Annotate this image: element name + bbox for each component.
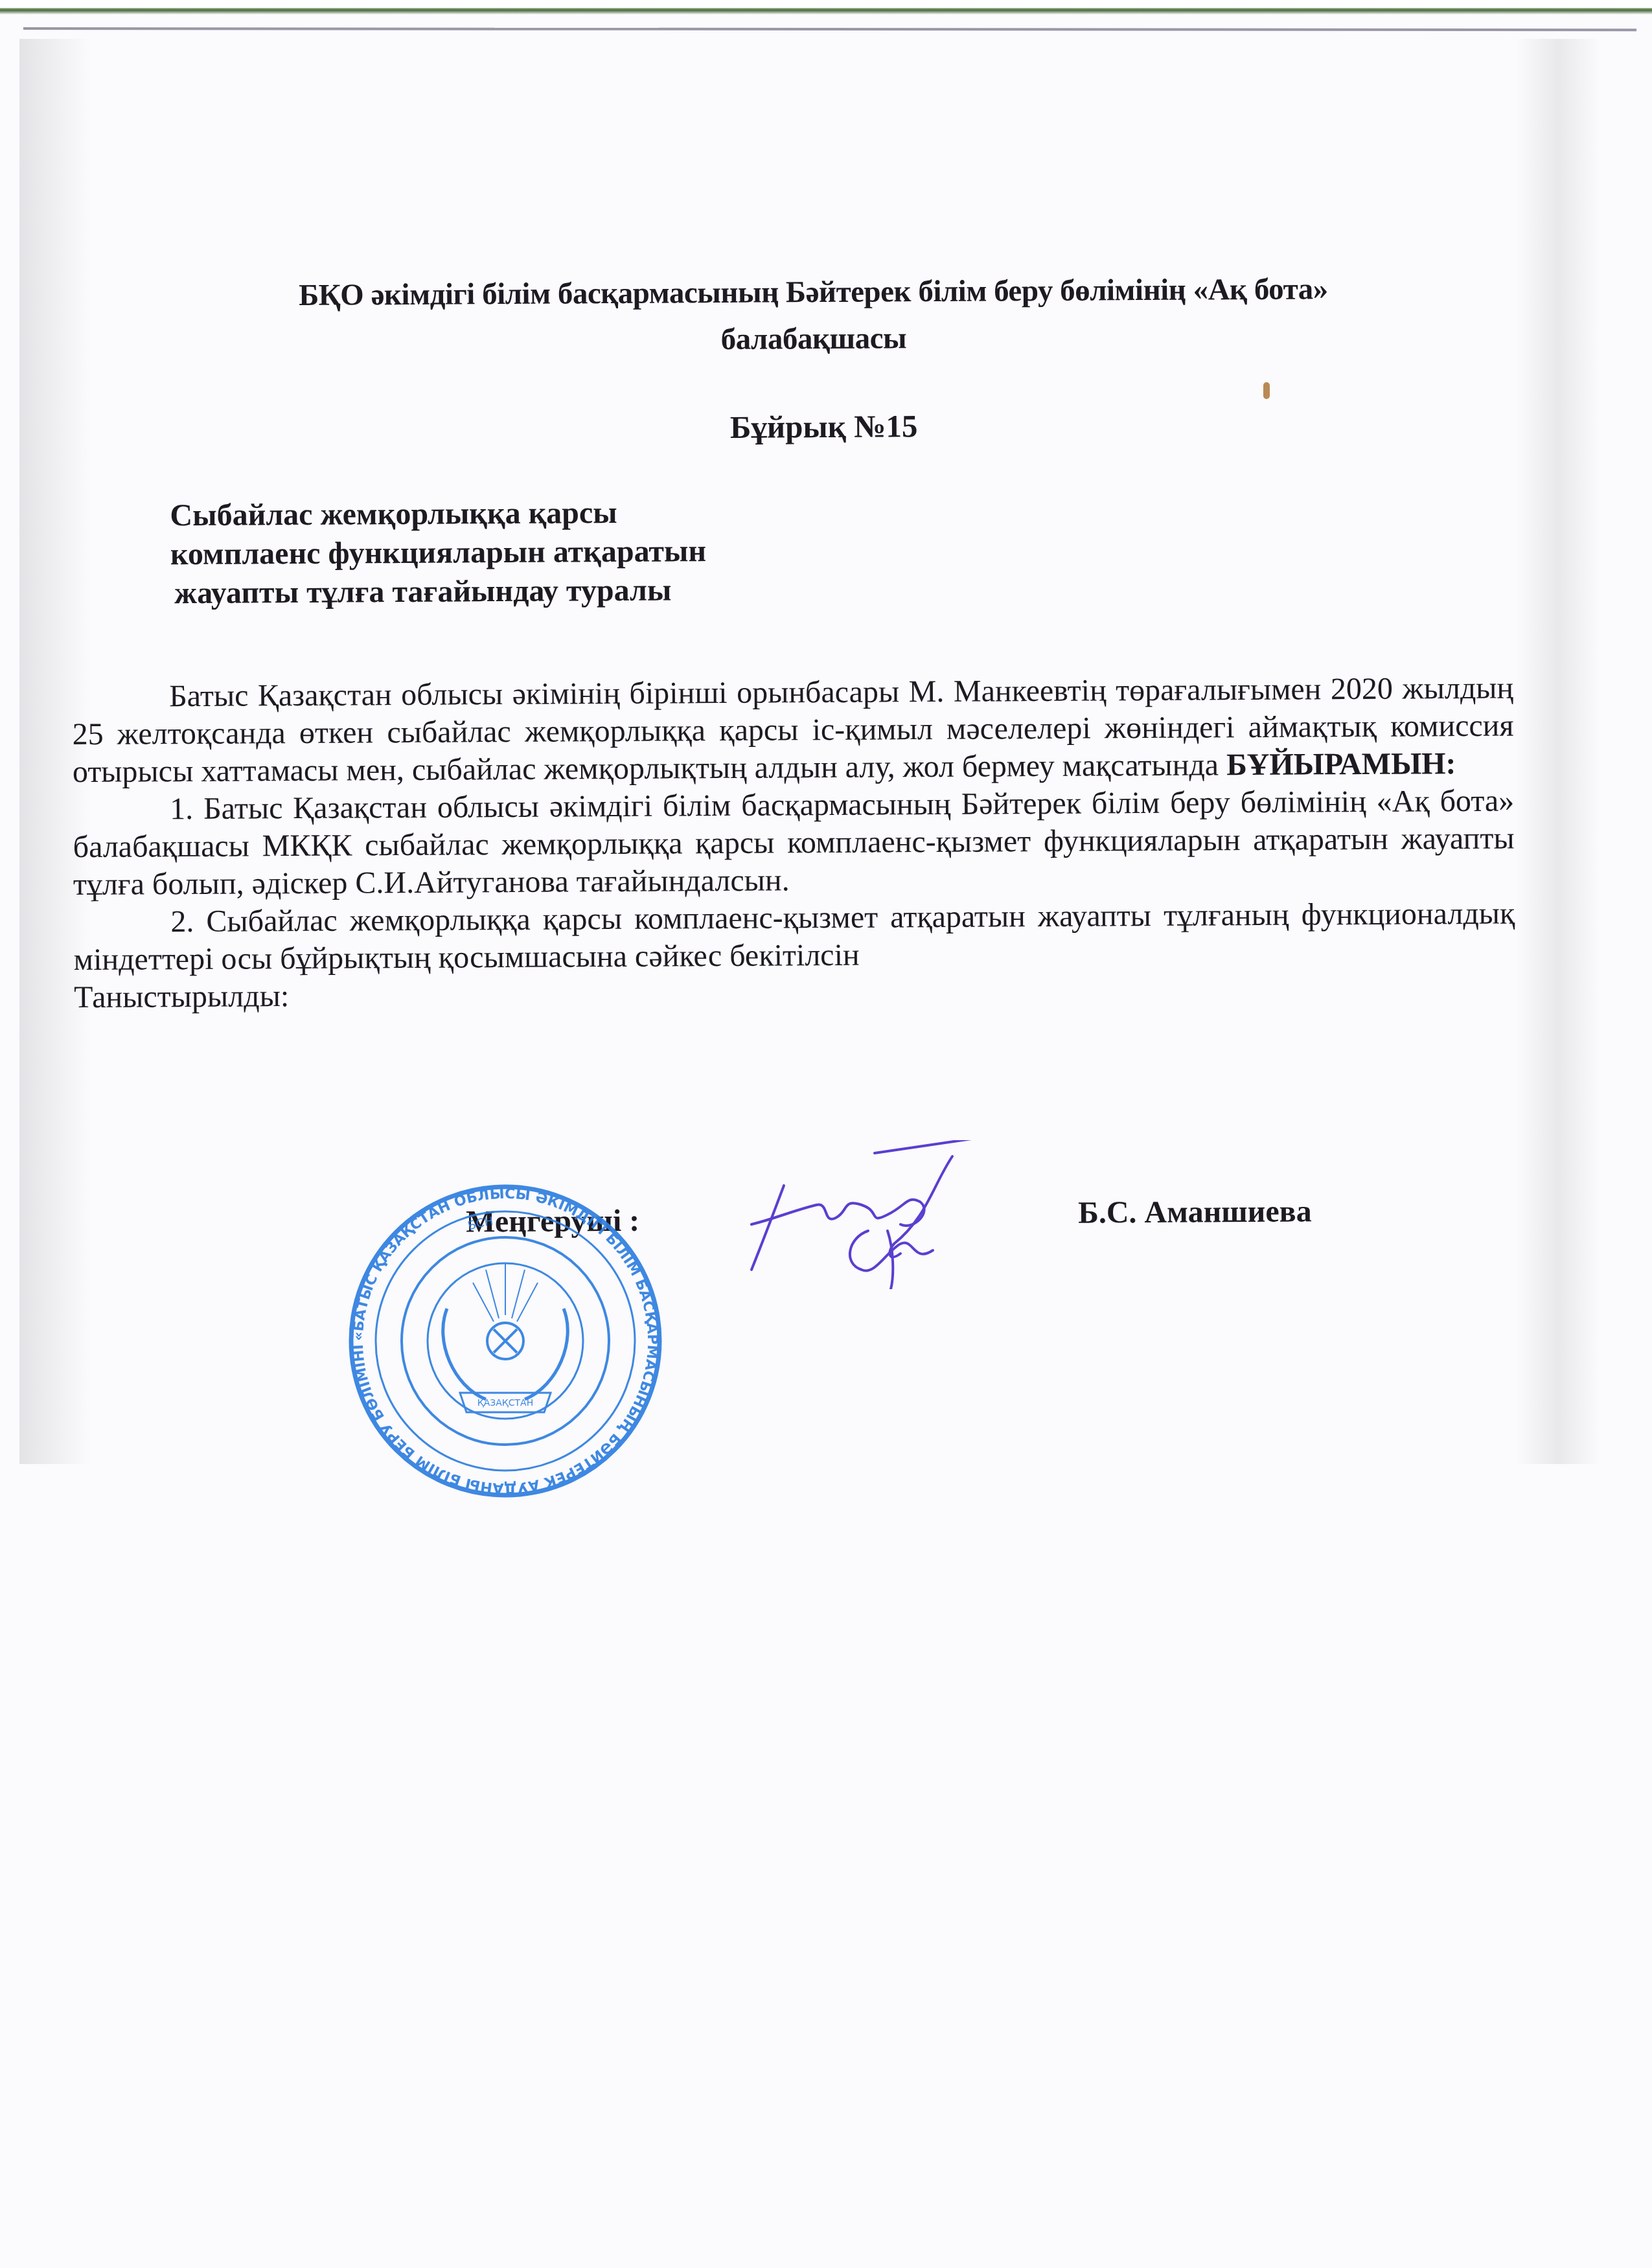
order-word: БҰЙЫРАМЫН: [1226,746,1456,782]
header-line-2: балабақшасы [114,312,1513,367]
order-item-1: 1. Батыс Қазақстан облысы әкімдігі білім… [73,783,1515,904]
page-edge-line [23,27,1636,31]
subject-line-1: Сыбайлас жемқорлыққа қарсы [170,493,706,535]
scanner-edge [0,0,1652,14]
subject-line-2: комплаенс функцияларын атқаратын [170,532,707,574]
official-stamp: «БАТЫС ҚАЗАҚСТАН ОБЛЫСЫ ӘКІМДІГІ БІЛІМ Б… [343,1179,667,1503]
stamp-center-text: ҚАЗАҚСТАН [477,1398,533,1408]
order-number: Бұйрық №15 [0,403,1650,450]
preamble-paragraph: Батыс Қазақстан облысы әкімінің бірінші … [72,670,1514,792]
order-subject: Сыбайлас жемқорлыққа қарсы комплаенс фун… [170,493,706,613]
subject-line-3: жауапты тұлға тағайындау туралы [170,571,707,613]
organization-header: БҚО әкімдігі білім басқармасының Бәйтере… [113,265,1513,367]
order-body: Батыс Қазақстан облысы әкімінің бірінші … [72,670,1515,1017]
handwritten-signature [739,1140,1011,1289]
signer-name: Б.С. Аманшиева [1078,1193,1312,1230]
order-item-2: 2. Сыбайлас жемқорлыққа қарсы комплаенс-… [73,895,1515,979]
stamp-inner-text: БСН [466,1215,494,1233]
header-line-1: БҚО әкімдігі білім басқармасының Бәйтере… [113,265,1513,320]
paper-stain [1263,382,1270,399]
